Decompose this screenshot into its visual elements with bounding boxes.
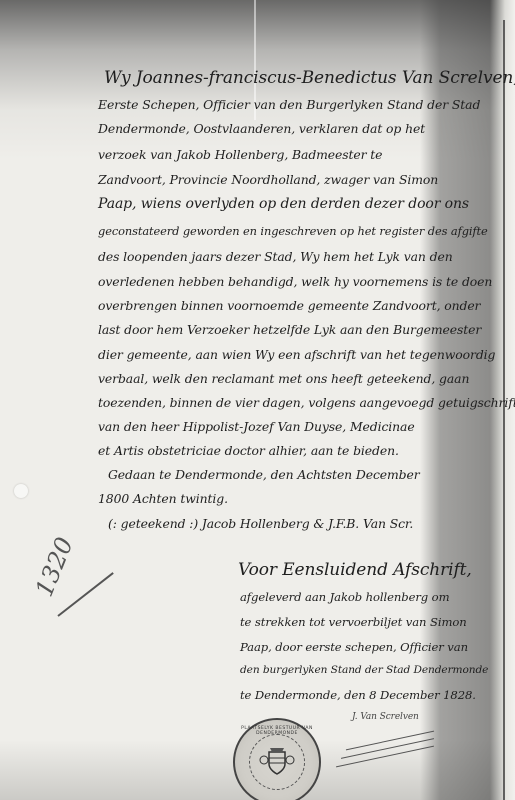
body-line-3: Dendermonde, Oostvlaanderen, verklaren d… xyxy=(98,121,425,136)
margin-number: 1320 xyxy=(30,533,79,600)
seal-text: PLAATSELYK BESTUUR VAN DENDERMONDE xyxy=(235,726,319,736)
body-line-11: last door hem Verzoeker hetzelfde Lyk aa… xyxy=(98,322,481,337)
body-line-8: des loopenden jaars dezer Stad, Wy hem h… xyxy=(98,249,453,264)
certification-line-1: afgeleverd aan Jakob hollenberg om xyxy=(240,590,449,604)
punch-hole xyxy=(14,484,28,498)
closing-signatures: (: geteekend :) Jacob Hollenberg & J.F.B… xyxy=(108,516,413,531)
body-line-6: Paap, wiens overlyden op den derden deze… xyxy=(98,196,469,212)
shield-icon xyxy=(257,742,297,782)
body-line-13: verbaal, welk den reclamant met ons heef… xyxy=(98,371,469,386)
certification-line-3: Paap, door eerste schepen, Officier van xyxy=(240,640,468,654)
certification-line-5: te Dendermonde, den 8 December 1828. xyxy=(240,688,476,702)
body-line-5: Zandvoort, Provincie Noordholland, zwage… xyxy=(98,172,438,187)
body-line-10: overbrengen binnen voornoemde gemeente Z… xyxy=(98,298,480,313)
body-line-7: geconstateerd geworden en ingeschreven o… xyxy=(98,224,488,238)
coat-of-arms-icon xyxy=(249,734,305,790)
certification-heading: Voor Eensluidend Afschrift, xyxy=(238,560,472,580)
document-page: Wy Joannes-franciscus-Benedictus Van Scr… xyxy=(0,0,515,800)
official-seal-stamp: PLAATSELYK BESTUUR VAN DENDERMONDE xyxy=(233,718,321,800)
certification-line-4: den burgerlyken Stand der Stad Dendermon… xyxy=(240,664,488,676)
body-line-2: Eerste Schepen, Officier van den Burgerl… xyxy=(98,97,480,112)
certification-line-2: te strekken tot vervoerbiljet van Simon xyxy=(240,615,467,629)
body-line-15: van den heer Hippolist-Jozef Van Duyse, … xyxy=(98,419,415,434)
certification-signature: J. Van Screlven xyxy=(352,712,419,722)
body-line-16: et Artis obstetriciae doctor alhier, aan… xyxy=(98,443,399,458)
body-line-12: dier gemeente, aan wien Wy een afschrift… xyxy=(98,347,495,362)
margin-stroke xyxy=(57,572,113,617)
body-line-1: Wy Joannes-franciscus-Benedictus Van Scr… xyxy=(104,68,515,88)
body-line-9: overledenen hebben behandigd, welk hy vo… xyxy=(98,274,492,289)
body-line-14: toezenden, binnen de vier dagen, volgens… xyxy=(98,395,515,410)
page-edge-shadow xyxy=(503,20,505,800)
closing-year: 1800 Achten twintig. xyxy=(98,491,228,506)
closing-done-at: Gedaan te Dendermonde, den Achtsten Dece… xyxy=(108,467,420,482)
body-line-4: verzoek van Jakob Hollenberg, Badmeester… xyxy=(98,147,382,162)
